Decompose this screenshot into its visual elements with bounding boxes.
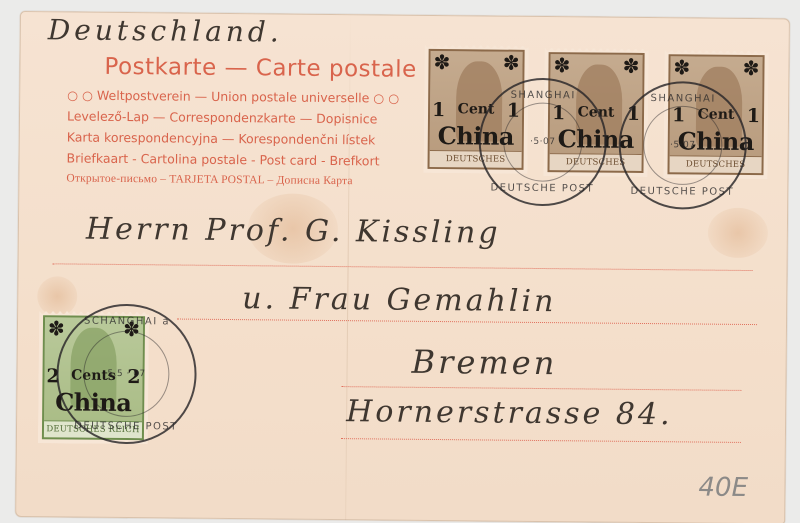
address-line-1: Herrn Prof. G. Kissling: [86, 212, 501, 251]
overprint-value: 1: [747, 105, 760, 127]
printed-line-3: Karta korespondencyjna — Korespondenčni …: [67, 129, 376, 147]
foxing-stain: [708, 208, 768, 259]
postmark-schanghai: SCHANGHAI a 5.5 · 07 DEUTSCHE POST: [56, 303, 197, 444]
address-dotted-line: [53, 263, 753, 271]
address-dotted-line: [341, 438, 741, 443]
handwritten-country: Deutschland.: [48, 13, 283, 48]
address-line-4-street: Hornerstrasse 84.: [346, 394, 673, 432]
address-line-2: u. Frau Gemahlin: [242, 281, 557, 319]
printed-line-upu: ○ ○ Weltpostverein — Union postale unive…: [67, 87, 399, 105]
printed-line-2: Levelező-Lap — Correspondenzkarte — Dopi…: [67, 108, 378, 126]
postmark-date: ·5·07: [481, 136, 605, 147]
rosette-icon: ✽: [433, 53, 450, 73]
postmark-bottom-text: DEUTSCHE POST: [620, 186, 744, 198]
postmark-date: ·5·07: [621, 140, 745, 151]
postcard: Deutschland. Postkarte — Carte postale ○…: [15, 11, 790, 523]
rosette-icon: ✽: [623, 57, 640, 77]
rosette-icon: ✽: [743, 59, 760, 79]
rosette-icon: ✽: [503, 54, 520, 74]
printed-line-4: Briefkaart - Cartolina postale - Post ca…: [67, 150, 380, 168]
postmark-shanghai: SHANGHAI ·5·07 DEUTSCHE POST: [478, 77, 607, 206]
address-dotted-line: [341, 386, 741, 391]
postmark-top-text: SHANGHAI: [621, 93, 745, 105]
rosette-icon: ✽: [553, 56, 570, 76]
postmark-shanghai: SHANGHAI ·5·07 DEUTSCHE POST: [618, 81, 747, 210]
postmark-top-text: SCHANGHAI a: [59, 315, 195, 327]
printed-title: Postkarte — Carte postale: [104, 54, 417, 83]
pencil-price-note: 40E: [698, 473, 748, 503]
postmark-top-text: SHANGHAI: [481, 89, 605, 101]
postmark-bottom-text: DEUTSCHE POST: [58, 420, 194, 432]
postmark-date: 5.5 · 07: [58, 368, 194, 379]
printed-line-5: Открытое-письмо – TARJETA POSTAL – Допис…: [66, 172, 352, 187]
address-line-3-city: Bremen: [411, 343, 557, 382]
postmark-bottom-text: DEUTSCHE POST: [480, 182, 604, 194]
address-dotted-line: [177, 319, 757, 326]
rosette-icon: ✽: [673, 58, 690, 78]
